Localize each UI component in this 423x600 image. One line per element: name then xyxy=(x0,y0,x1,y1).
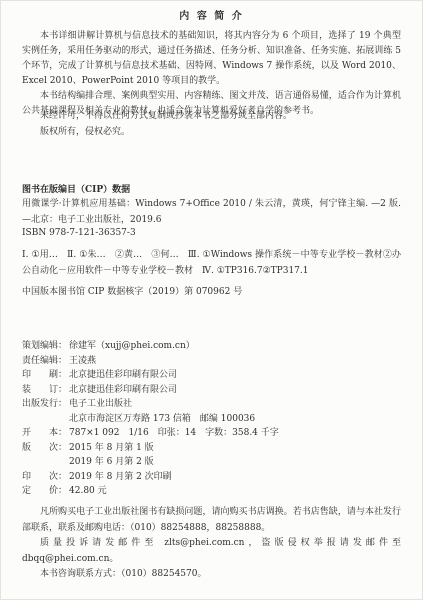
colophon-value: 北京捷迅佳彩印刷有限公司 xyxy=(69,385,177,395)
intro-section: 本书详细讲解计算机与信息技术的基础知识，将其内容分为 6 个项目，选择了 19 … xyxy=(22,29,401,119)
service-note-exchange: 凡所购买电子工业出版社图书有缺损问题，请向购买书店调换。若书店售缺，请与本社发行… xyxy=(22,505,401,536)
colophon-label: 策划编辑： xyxy=(22,339,69,354)
cip-heading: 图书在版编目（CIP）数据 xyxy=(22,182,130,195)
colophon-value: 787×1 092 1/16 印张：14 字数：358.4 千字 xyxy=(69,428,279,438)
copyright-notices: 未经许可，不得以任何方式复制或抄袭本书之部分或全部内容。 版权所有，侵权必究。 xyxy=(22,109,401,140)
colophon-row-binder: 装 订：北京捷迅佳彩印刷有限公司 xyxy=(22,383,401,398)
colophon-row-responsible-editor: 责任编辑：王凌燕 xyxy=(22,354,401,369)
colophon-value: 徐建军（xujj@phei.com.cn） xyxy=(69,341,195,351)
colophon-label: 定 价： xyxy=(22,484,69,499)
colophon-value: 电子工业出版社 xyxy=(69,399,132,409)
colophon-row-printer: 印 刷：北京捷迅佳彩印刷有限公司 xyxy=(22,368,401,383)
service-note-complaint-emails: 质量投诉请发邮件至 zlts@phei.com.cn，盗版侵权举报请发邮件至 d… xyxy=(22,536,401,567)
page-title: 内 容 简 介 xyxy=(0,7,423,22)
purchase-service-notes: 凡所购买电子工业出版社图书有缺损问题，请向购买书店调换。若书店售缺，请与本社发行… xyxy=(22,505,401,583)
book-copyright-page: 内 容 简 介 本书详细讲解计算机与信息技术的基础知识，将其内容分为 6 个项目… xyxy=(0,0,423,600)
colophon-value: 2019 年 6 月第 2 版 xyxy=(69,457,154,467)
colophon-value: 北京捷迅佳彩印刷有限公司 xyxy=(69,370,177,380)
colophon-row-planning-editor: 策划编辑：徐建军（xujj@phei.com.cn） xyxy=(22,339,401,354)
colophon-row-format: 开 本：787×1 092 1/16 印张：14 字数：358.4 千字 xyxy=(22,426,401,441)
colophon-row-printing: 印 次：2019 年 8 月第 2 次印刷 xyxy=(22,470,401,485)
cip-record: 用微课学·计算机应用基础：Windows 7+Office 2010 / 朱云清… xyxy=(22,196,401,228)
colophon-label: 责任编辑： xyxy=(22,354,69,369)
colophon-label: 印 刷： xyxy=(22,368,69,383)
colophon-row-price: 定 价：42.80 元 xyxy=(22,484,401,499)
copyright-notice-line: 版权所有，侵权必究。 xyxy=(22,125,401,141)
cip-classification: Ⅰ. ①用… Ⅱ. ①朱… ②黄… ③何… Ⅲ. ①Windows 操作系统－中… xyxy=(22,247,401,279)
cip-registry-number: 中国版本图书馆 CIP 数据核字（2019）第 070962 号 xyxy=(22,284,242,297)
colophon-value: 2019 年 8 月第 2 次印刷 xyxy=(69,472,172,482)
colophon-label: 出版发行： xyxy=(22,397,69,412)
colophon-row-publisher-address: 北京市海淀区万寿路 173 信箱 邮编 100036 xyxy=(22,412,401,427)
colophon-value: 42.80 元 xyxy=(69,486,107,496)
service-note-contact-phone: 本书咨询联系方式：（010）88254570。 xyxy=(22,567,401,583)
colophon-label: 印 次： xyxy=(22,470,69,485)
copyright-notice-line: 未经许可，不得以任何方式复制或抄袭本书之部分或全部内容。 xyxy=(22,109,401,125)
colophon-row-edition-2: 2019 年 6 月第 2 版 xyxy=(22,455,401,470)
colophon-label: 开 本： xyxy=(22,426,69,441)
colophon-value: 王凌燕 xyxy=(69,356,96,366)
colophon-value: 2015 年 8 月第 1 版 xyxy=(69,443,154,453)
colophon-label: 版 次： xyxy=(22,441,69,456)
intro-paragraph-1: 本书详细讲解计算机与信息技术的基础知识，将其内容分为 6 个项目，选择了 19 … xyxy=(22,29,401,89)
colophon-row-edition-1: 版 次：2015 年 8 月第 1 版 xyxy=(22,441,401,456)
isbn-number: ISBN 978-7-121-36357-3 xyxy=(22,228,136,238)
colophon-row-publisher: 出版发行：电子工业出版社 xyxy=(22,397,401,412)
colophon-block: 策划编辑：徐建军（xujj@phei.com.cn） 责任编辑：王凌燕 印 刷：… xyxy=(22,339,401,499)
colophon-label: 装 订： xyxy=(22,383,69,398)
colophon-value: 北京市海淀区万寿路 173 信箱 邮编 100036 xyxy=(69,414,255,424)
